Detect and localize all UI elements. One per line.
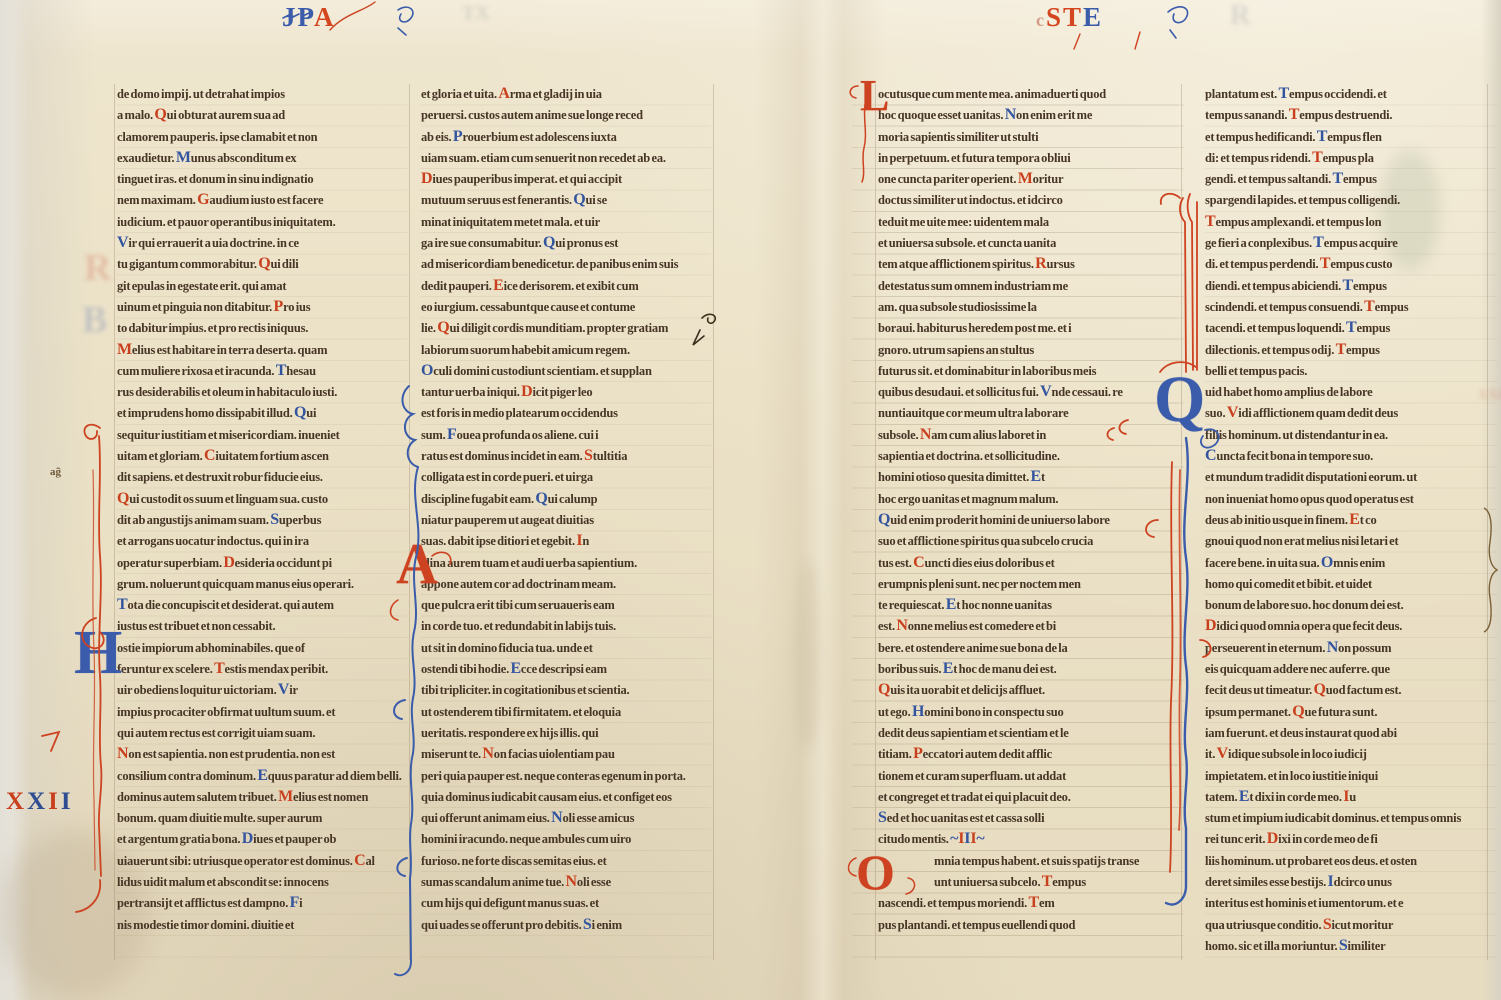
parchment-top-edge xyxy=(0,0,1501,55)
inline-initial: F xyxy=(447,426,457,443)
text-line: a malo. Qui obturat aurem sua ad xyxy=(117,105,407,126)
text-line: unt uniuersa subcelo. Tempus xyxy=(878,872,1178,893)
inline-initial: T xyxy=(276,362,286,379)
inline-initial: R xyxy=(1035,255,1046,272)
inline-initial: T xyxy=(1364,298,1374,315)
text-line: cum muliere rixosa et iracunda. Thesau xyxy=(117,361,407,382)
text-line: iustus est tribuet et non cessabit. xyxy=(117,616,407,637)
text-line: ocutusque cum mente mea. animaduerti quo… xyxy=(878,84,1178,105)
text-line: futurus sit. et dominabitur in laboribus… xyxy=(878,361,1178,382)
inline-initial: G xyxy=(197,191,209,208)
text-line: qui autem rectus est corrigit uiam suam. xyxy=(117,723,407,744)
text-line: est foris in medio platearum occidendus xyxy=(421,403,711,424)
text-line: cum hijs qui defigunt manus suas. et xyxy=(421,893,711,914)
inline-initial: I xyxy=(576,532,582,549)
text-line: in perpetuum. et futura tempora obliui xyxy=(878,148,1178,169)
text-line: git epulas in egestate erit. qui amat xyxy=(117,276,407,297)
text-line: mutuum seruus est fenerantis. Qui se xyxy=(421,190,711,211)
text-line: quibus desudaui. et sollicitus fui. Vnde… xyxy=(878,382,1178,403)
text-line: et imprudens homo dissipabit illud. Qui xyxy=(117,403,407,424)
inline-initial: S xyxy=(584,447,593,464)
text-line: eis quicquam addere nec auferre. que xyxy=(1205,659,1497,680)
text-line: boribus suis. Et hoc de manu dei est. xyxy=(878,659,1178,680)
text-line: one cuncta pariter operient. Moritur xyxy=(878,169,1178,190)
ruling-vline xyxy=(713,84,714,960)
running-header-letter: E xyxy=(1083,2,1103,32)
text-line: hoc quoque esset uanitas. Non enim erit … xyxy=(878,105,1178,126)
text-line: di: et tempus ridendi. Tempus pla xyxy=(1205,148,1497,169)
chapter-numeral-xxii: XXII xyxy=(6,788,74,816)
chapter-numeral-letter: I xyxy=(61,788,74,815)
inline-initial: C xyxy=(913,554,924,571)
inline-initial: D xyxy=(1267,830,1278,847)
show-through-mark: R xyxy=(1230,0,1250,32)
text-line: plantatum est. Tempus occidendi. et xyxy=(1205,84,1497,105)
large-initial-O: O xyxy=(856,850,895,895)
text-line: rus desiderabilis et oleum in habitaculo… xyxy=(117,382,407,403)
text-line: Tempus amplexandi. et tempus lon xyxy=(1205,212,1497,233)
text-line: tantur uerba iniqui. Dicit piger leo xyxy=(421,382,711,403)
text-line: dedit pauperi. Eice derisorem. et exibit… xyxy=(421,276,711,297)
text-line: qua utriusque conditio. Sicut moritur xyxy=(1205,915,1497,936)
text-line: erumpnis pleni sunt. nec per noctem men xyxy=(878,574,1178,595)
inline-initial: E xyxy=(943,660,953,677)
text-column-3: ocutusque cum mente mea. animaduerti quo… xyxy=(878,84,1178,964)
large-initial-H: H xyxy=(74,626,122,682)
text-line: impius procaciter obfirmat uultum suum. … xyxy=(117,702,407,723)
manuscript-photo: { "page": {"width": 1501, "height": 1000… xyxy=(0,0,1501,1000)
text-line: uinum et pinguia non ditabitur. Pro ius xyxy=(117,297,407,318)
text-line: quia dominus iudicabit causam eius. et c… xyxy=(421,787,711,808)
text-line: it. Vidique subsole in loco iudicij xyxy=(1205,744,1497,765)
large-initial-A: A xyxy=(396,538,438,590)
inline-initial: S xyxy=(1323,916,1332,933)
gutter-stain xyxy=(795,560,821,750)
text-line: et gloria et uita. Arma et gladij in uia xyxy=(421,84,711,105)
text-line: homo qui comedit et bibit. et uidet xyxy=(1205,574,1497,595)
text-line: grum. noluerunt quicquam manus eius oper… xyxy=(117,574,407,595)
inline-initial: E xyxy=(510,660,520,677)
inline-initial: D xyxy=(242,830,253,847)
inline-initial: ~ xyxy=(976,830,984,847)
text-line: bere. et ostendere anime sue bona de la xyxy=(878,638,1178,659)
running-header-letter: S xyxy=(1046,2,1063,32)
inline-initial: D xyxy=(521,383,532,400)
inline-initial: E xyxy=(946,596,956,613)
inline-initial: N xyxy=(896,617,907,634)
ruling-vline xyxy=(409,84,410,960)
text-line: pus plantandi. et tempus euellendi quod xyxy=(878,915,1178,936)
inline-initial: E xyxy=(493,277,503,294)
inline-initial: T xyxy=(1289,106,1299,123)
inline-initial: D xyxy=(223,554,234,571)
text-line: deus ab initio usque in finem. Et co xyxy=(1205,510,1497,531)
text-line: belli et tempus pacis. xyxy=(1205,361,1497,382)
inline-initial: O xyxy=(421,362,433,379)
text-line: hoc ergo uanitas et magnum malum. xyxy=(878,489,1178,510)
inline-initial: Q xyxy=(543,234,555,251)
inline-initial: N xyxy=(551,809,562,826)
text-line: bonum de labore suo. hoc donum dei est. xyxy=(1205,595,1497,616)
text-line: uir obediens loquitur uictoriam. Vir xyxy=(117,680,407,701)
text-line: sumas scandalum anime tue. Noli esse xyxy=(421,872,711,893)
text-line: dit ab angustijs animam suam. Superbus xyxy=(117,510,407,531)
show-through-mark: B xyxy=(82,298,107,342)
text-line: tus est. Cuncti dies eius doloribus et xyxy=(878,553,1178,574)
inline-initial: Q xyxy=(878,511,890,528)
inline-initial: Q xyxy=(437,319,449,336)
text-line: filiis hominum. ut distendantur in ea. xyxy=(1205,425,1497,446)
text-line: clina aurem tuam et audi uerba sapientiu… xyxy=(421,553,711,574)
text-line: ut ego. Homini bono in conspectu suo xyxy=(878,702,1178,723)
text-line: et mundum tradidit disputationi eorum. u… xyxy=(1205,467,1497,488)
inline-initial: T xyxy=(1313,234,1323,251)
text-line: uiauerunt sibi: utriusque operator est d… xyxy=(117,851,407,872)
text-line: ut ostenderem tibi firmitatem. et eloqui… xyxy=(421,702,711,723)
text-line: tempus sanandi. Tempus destruendi. xyxy=(1205,105,1497,126)
text-line: de domo impij. ut detrahat impios xyxy=(117,84,407,105)
inline-initial: M xyxy=(1018,170,1033,187)
text-line: suo et afflictione spiritus qua subcelo … xyxy=(878,531,1178,552)
text-line: tatem. Et dixi in corde meo. Iu xyxy=(1205,787,1497,808)
text-line: stum et impium iudicabit dominus. et tem… xyxy=(1205,808,1497,829)
text-line: qui offerunt animam eius. Noli esse amic… xyxy=(421,808,711,829)
text-line: et argentum gratia bona. Diues et pauper… xyxy=(117,829,407,850)
text-line: operatur superbiam. Desideria occidunt p… xyxy=(117,553,407,574)
text-line: ge fieri a conplexibus. Tempus acquire xyxy=(1205,233,1497,254)
inline-initial: O xyxy=(1321,554,1333,571)
text-line: boraui. habiturus heredem post me. et i xyxy=(878,318,1178,339)
running-header-left: ɈPA xyxy=(282,2,336,33)
text-line: furioso. ne forte discas semitas eius. e… xyxy=(421,851,711,872)
text-line: Melius est habitare in terra deserta. qu… xyxy=(117,340,407,361)
text-line: ut sit in domino fiducia tua. unde et xyxy=(421,638,711,659)
text-line: bonum. quam diuitie multe. super aurum xyxy=(117,808,407,829)
text-line: dilectionis. et tempus odij. Tempus xyxy=(1205,340,1497,361)
inline-initial: N xyxy=(117,745,128,762)
running-header-right: cSTE xyxy=(1036,2,1103,33)
text-line: homini otioso quesita dimittet. Et xyxy=(878,467,1178,488)
text-line: et congreget et tradat ei qui placuit de… xyxy=(878,787,1178,808)
text-line: et tempus hedificandi. Tempus flen xyxy=(1205,127,1497,148)
inline-initial: T xyxy=(1029,894,1039,911)
text-line: labiorum suorum habebit amicum regem. xyxy=(421,340,711,361)
text-line: qui uades se offerunt pro debitis. Si en… xyxy=(421,915,711,936)
text-line: moria sapientis similiter ut stulti xyxy=(878,127,1178,148)
text-line: Quis ita uorabit et delicijs affluet. xyxy=(878,680,1178,701)
inline-initial: S xyxy=(270,511,279,528)
inline-initial: C xyxy=(1205,447,1216,464)
text-line: est. Nonne melius est comedere et bi xyxy=(878,616,1178,637)
text-line: ostie impiorum abhominabiles. que of xyxy=(117,638,407,659)
text-line: et uniuersa subsole. et cuncta uanita xyxy=(878,233,1178,254)
text-line: detestatus sum omnem industriam me xyxy=(878,276,1178,297)
text-line: iudicium. et pauor operantibus iniquitat… xyxy=(117,212,407,233)
inline-initial: Q xyxy=(1314,681,1326,698)
text-line: feruntur ex scelere. Testis mendax perib… xyxy=(117,659,407,680)
inline-initial: A xyxy=(498,85,509,102)
text-column-2: et gloria et uita. Arma et gladij in uia… xyxy=(421,84,711,964)
text-line: nis modestie timor domini. diuitie et xyxy=(117,915,407,936)
inline-initial: M xyxy=(117,341,132,358)
text-line: pertransijt et afflictus est dampno. Fi xyxy=(117,893,407,914)
text-line: scindendi. et tempus consuendi. Tempus xyxy=(1205,297,1497,318)
running-header-letter: T xyxy=(1063,2,1083,32)
text-line: sapientia et doctrina. et sollicitudine. xyxy=(878,446,1178,467)
ruling-vline xyxy=(114,84,115,960)
inline-initial: S xyxy=(1339,937,1348,954)
text-line: peri quia pauper est. neque conteras ege… xyxy=(421,766,711,787)
text-line: peruersi. custos autem anime sue longe r… xyxy=(421,105,711,126)
text-line: subsole. Nam cum alius laboret in xyxy=(878,425,1178,446)
text-line: gnoro. utrum sapiens an stultus xyxy=(878,340,1178,361)
inline-initial: E xyxy=(1349,511,1359,528)
inline-initial: V xyxy=(1040,383,1051,400)
inline-initial: C xyxy=(354,852,365,869)
inline-initial: N xyxy=(566,873,577,890)
inline-initial: E xyxy=(1239,788,1249,805)
text-line: tem atque afflictionem spiritus. Rursus xyxy=(878,254,1178,275)
text-line: eo iurgium. cessabuntque cause et contum… xyxy=(421,297,711,318)
text-line: nem maximam. Gaudium iusto est facere xyxy=(117,190,407,211)
inline-initial: E xyxy=(1031,468,1041,485)
text-line: ostendi tibi hodie. Ecce descripsi eam xyxy=(421,659,711,680)
parchment-left-edge xyxy=(0,0,95,1000)
inline-initial: T xyxy=(1279,85,1289,102)
running-header-letter: Ɉ xyxy=(282,2,298,32)
inline-initial: T xyxy=(1333,170,1343,187)
inline-initial: T xyxy=(1320,255,1330,272)
text-line: doctus similiter ut indoctus. et idcirco xyxy=(878,190,1178,211)
text-line: deret similes esse bestijs. Idcirco unus xyxy=(1205,872,1497,893)
inline-initial: Q xyxy=(294,404,306,421)
text-line: clamorem pauperis. ipse clamabit et non xyxy=(117,127,407,148)
text-line: ad misericordiam benedicetur. de panibus… xyxy=(421,254,711,275)
show-through-mark: XXI xyxy=(1478,388,1501,404)
large-initial-L: L xyxy=(860,76,889,116)
inline-initial: S xyxy=(583,916,592,933)
inline-initial: Q xyxy=(878,681,890,698)
inline-initial: N xyxy=(920,426,931,443)
inline-initial: D xyxy=(421,170,432,187)
show-through-mark: TX xyxy=(462,2,490,25)
inline-initial: Q xyxy=(154,106,166,123)
text-line: gendi. et tempus saltandi. Tempus xyxy=(1205,169,1497,190)
text-line: am. qua subsole studiosissime la xyxy=(878,297,1178,318)
text-line: fecit deus ut timeatur. Quod factum est. xyxy=(1205,680,1497,701)
inline-initial: P xyxy=(453,128,463,145)
text-line: suo. Vidi afflictionem quam dedit deus xyxy=(1205,403,1497,424)
text-line: teduit me uite mee: uidentem mala xyxy=(878,212,1178,233)
inline-initial: E xyxy=(257,767,267,784)
chapter-numeral-letter: X xyxy=(27,788,48,815)
text-line: ueritatis. respondere ex hijs illis. qui xyxy=(421,723,711,744)
inline-initial: Q xyxy=(535,490,547,507)
text-line: dedit deus sapientiam et scientiam et le xyxy=(878,723,1178,744)
text-line: facere bene. in uita sua. Omnis enim xyxy=(1205,553,1497,574)
running-header-letter: A xyxy=(314,2,336,32)
text-line: uiam suam. etiam cum senuerit non recede… xyxy=(421,148,711,169)
large-initial-Q: Q xyxy=(1154,370,1205,429)
text-line: titiam. Peccatori autem dedit afflic xyxy=(878,744,1178,765)
text-line: dominus autem salutem tribuet. Melius es… xyxy=(117,787,407,808)
inline-initial: N xyxy=(482,745,493,762)
text-line: colligata est in corde pueri. et uirga xyxy=(421,467,711,488)
marginal-note: ag̃ xyxy=(50,466,61,478)
text-line: in corde tuo. et redundabit in labijs tu… xyxy=(421,616,711,637)
inline-initial: P xyxy=(913,745,923,762)
text-line: et arrogans uocatur indoctus. qui in ira xyxy=(117,531,407,552)
inline-initial: V xyxy=(1217,745,1228,762)
text-line: lie. Qui diligit cordis munditiam. propt… xyxy=(421,318,711,339)
text-line: minat iniquitatem metet mala. et uir xyxy=(421,212,711,233)
text-line: Sed et hoc uanitas est et cassa solli xyxy=(878,808,1178,829)
inline-initial: T xyxy=(1343,277,1353,294)
text-line: Didici quod omnia opera que fecit deus. xyxy=(1205,616,1497,637)
text-line: exaudietur. Munus absconditum ex xyxy=(117,148,407,169)
text-line: lidus uidit malum et abscondit se: innoc… xyxy=(117,872,407,893)
text-line: Diues pauperibus imperat. et qui accipit xyxy=(421,169,711,190)
text-line: tionem et curam superfluam. ut addat xyxy=(878,766,1178,787)
text-line: iam fuerunt. et deus instaurat quod abi xyxy=(1205,723,1497,744)
text-line: to dabitur impius. et pro rectis iniquus… xyxy=(117,318,407,339)
text-line: miserunt te. Non facias uiolentiam pau xyxy=(421,744,711,765)
inline-initial: T xyxy=(1336,341,1346,358)
text-line: Non est sapientia. non est prudentia. no… xyxy=(117,744,407,765)
text-line: tu gigantum commorabitur. Qui dili xyxy=(117,254,407,275)
text-line: liis hominum. ut probaret eos deus. et o… xyxy=(1205,851,1497,872)
text-line: di. et tempus perdendi. Tempus custo xyxy=(1205,254,1497,275)
chapter-numeral-letter: I xyxy=(48,788,61,815)
text-line: que pulcra erit tibi cum seruaueris eam xyxy=(421,595,711,616)
text-line: gnoui quod non erat melius nisi letari e… xyxy=(1205,531,1497,552)
text-line: Vir qui errauerit a uia doctrine. in ce xyxy=(117,233,407,254)
inline-initial: T xyxy=(117,596,127,613)
text-line: Quid enim proderit homini de uniuerso la… xyxy=(878,510,1178,531)
inline-initial: C xyxy=(204,447,215,464)
chapter-numeral-letter: X xyxy=(6,788,27,815)
text-line: niatur pauperem ut augeat diuitias xyxy=(421,510,711,531)
inline-initial: F xyxy=(290,894,300,911)
inline-initial: T xyxy=(1346,319,1356,336)
text-column-1: de domo impij. ut detrahat impiosa malo.… xyxy=(117,84,407,964)
inline-initial: I xyxy=(1328,873,1334,890)
text-line: spargendi lapides. et tempus colligendi. xyxy=(1205,190,1497,211)
running-header-letter: c xyxy=(1036,10,1046,30)
text-line: mnia tempus habent. et suis spatijs tran… xyxy=(878,851,1178,872)
text-line: interitus est hominis et iumentorum. et … xyxy=(1205,893,1497,914)
text-line: non inueniat homo opus quod operatus est xyxy=(1205,489,1497,510)
inline-initial: Q xyxy=(117,490,129,507)
inline-initial: T xyxy=(1317,128,1327,145)
text-line: suas. dabit ipse ditiori et egebit. In xyxy=(421,531,711,552)
text-line: Oculi domini custodiunt scientiam. et su… xyxy=(421,361,711,382)
inline-initial: H xyxy=(912,703,924,720)
text-line: tibi tripliciter. in cogitationibus et s… xyxy=(421,680,711,701)
inline-initial: N xyxy=(1005,106,1016,123)
inline-initial: T xyxy=(1312,149,1322,166)
text-line: impietatem. et in loco iustitie iniqui xyxy=(1205,766,1497,787)
text-line: nuntiauitque cor meum ultra laborare xyxy=(878,403,1178,424)
text-line: homo. sic et illa moriuntur. Similiter xyxy=(1205,936,1497,957)
inline-initial: V xyxy=(1227,404,1238,421)
text-line: rei tunc erit. Dixi in corde meo de fi xyxy=(1205,829,1497,850)
text-line: ipsum permanet. Que futura sunt. xyxy=(1205,702,1497,723)
text-line: appone autem cor ad doctrinam meam. xyxy=(421,574,711,595)
text-line: tinguet iras. et donum in sinu indignati… xyxy=(117,169,407,190)
inline-initial: D xyxy=(1205,617,1216,634)
inline-initial: Q xyxy=(1292,703,1304,720)
text-line: Qui custodit os suum et linguam sua. cus… xyxy=(117,489,407,510)
inline-initial: T xyxy=(214,660,224,677)
inline-initial: V xyxy=(278,681,289,698)
inline-initial: M xyxy=(176,149,191,166)
text-line: tacendi. et tempus loquendi. Tempus xyxy=(1205,318,1497,339)
inline-initial: S xyxy=(878,809,887,826)
text-column-4: plantatum est. Tempus occidendi. ettempu… xyxy=(1205,84,1497,964)
text-line: ga ire sue consumabitur. Qui pronus est xyxy=(421,233,711,254)
inline-initial: T xyxy=(1042,873,1052,890)
text-line: diendi. et tempus abiciendi. Tempus xyxy=(1205,276,1497,297)
text-line: sum. Fouea profunda os aliene. cui i xyxy=(421,425,711,446)
inline-initial: N xyxy=(1327,639,1338,656)
text-line: uitam et gloriam. Ciuitatem fortium asce… xyxy=(117,446,407,467)
inline-initial: Q xyxy=(258,255,270,272)
inline-initial: V xyxy=(117,234,128,251)
red-header-flourishes xyxy=(330,2,1140,49)
text-line: sequitur iustitiam et misericordiam. inu… xyxy=(117,425,407,446)
inline-initial: I xyxy=(1343,788,1349,805)
text-line: te requiescat. Et hoc nonne uanitas xyxy=(878,595,1178,616)
inline-initial: Q xyxy=(573,191,585,208)
text-line: homini iracundo. neque ambules cum uiro xyxy=(421,829,711,850)
text-line: ab eis. Prouerbium est adolescens iuxta xyxy=(421,127,711,148)
text-line: perseuerent in eternum. Non possum xyxy=(1205,638,1497,659)
text-line: Tota die concupiscit et desiderat. qui a… xyxy=(117,595,407,616)
text-line: discipline fugabit eam. Qui calump xyxy=(421,489,711,510)
inline-initial: P xyxy=(274,298,284,315)
text-line: dit sapiens. et destruxit robur fiducie … xyxy=(117,467,407,488)
running-header-letter: P xyxy=(298,2,315,32)
show-through-mark: R xyxy=(84,246,111,290)
inline-initial: T xyxy=(1205,213,1215,230)
text-line: Cuncta fecit bona in tempore suo. xyxy=(1205,446,1497,467)
text-line: nascendi. et tempus moriendi. Tem xyxy=(878,893,1178,914)
inline-initial: M xyxy=(278,788,293,805)
text-line: ratus est dominus incidet in eam. Stulti… xyxy=(421,446,711,467)
text-line: consilium contra dominum. Equus paratur … xyxy=(117,766,407,787)
text-line: uid habet homo amplius de labore xyxy=(1205,382,1497,403)
text-line: citudo mentis. ~III~ xyxy=(878,829,1178,850)
